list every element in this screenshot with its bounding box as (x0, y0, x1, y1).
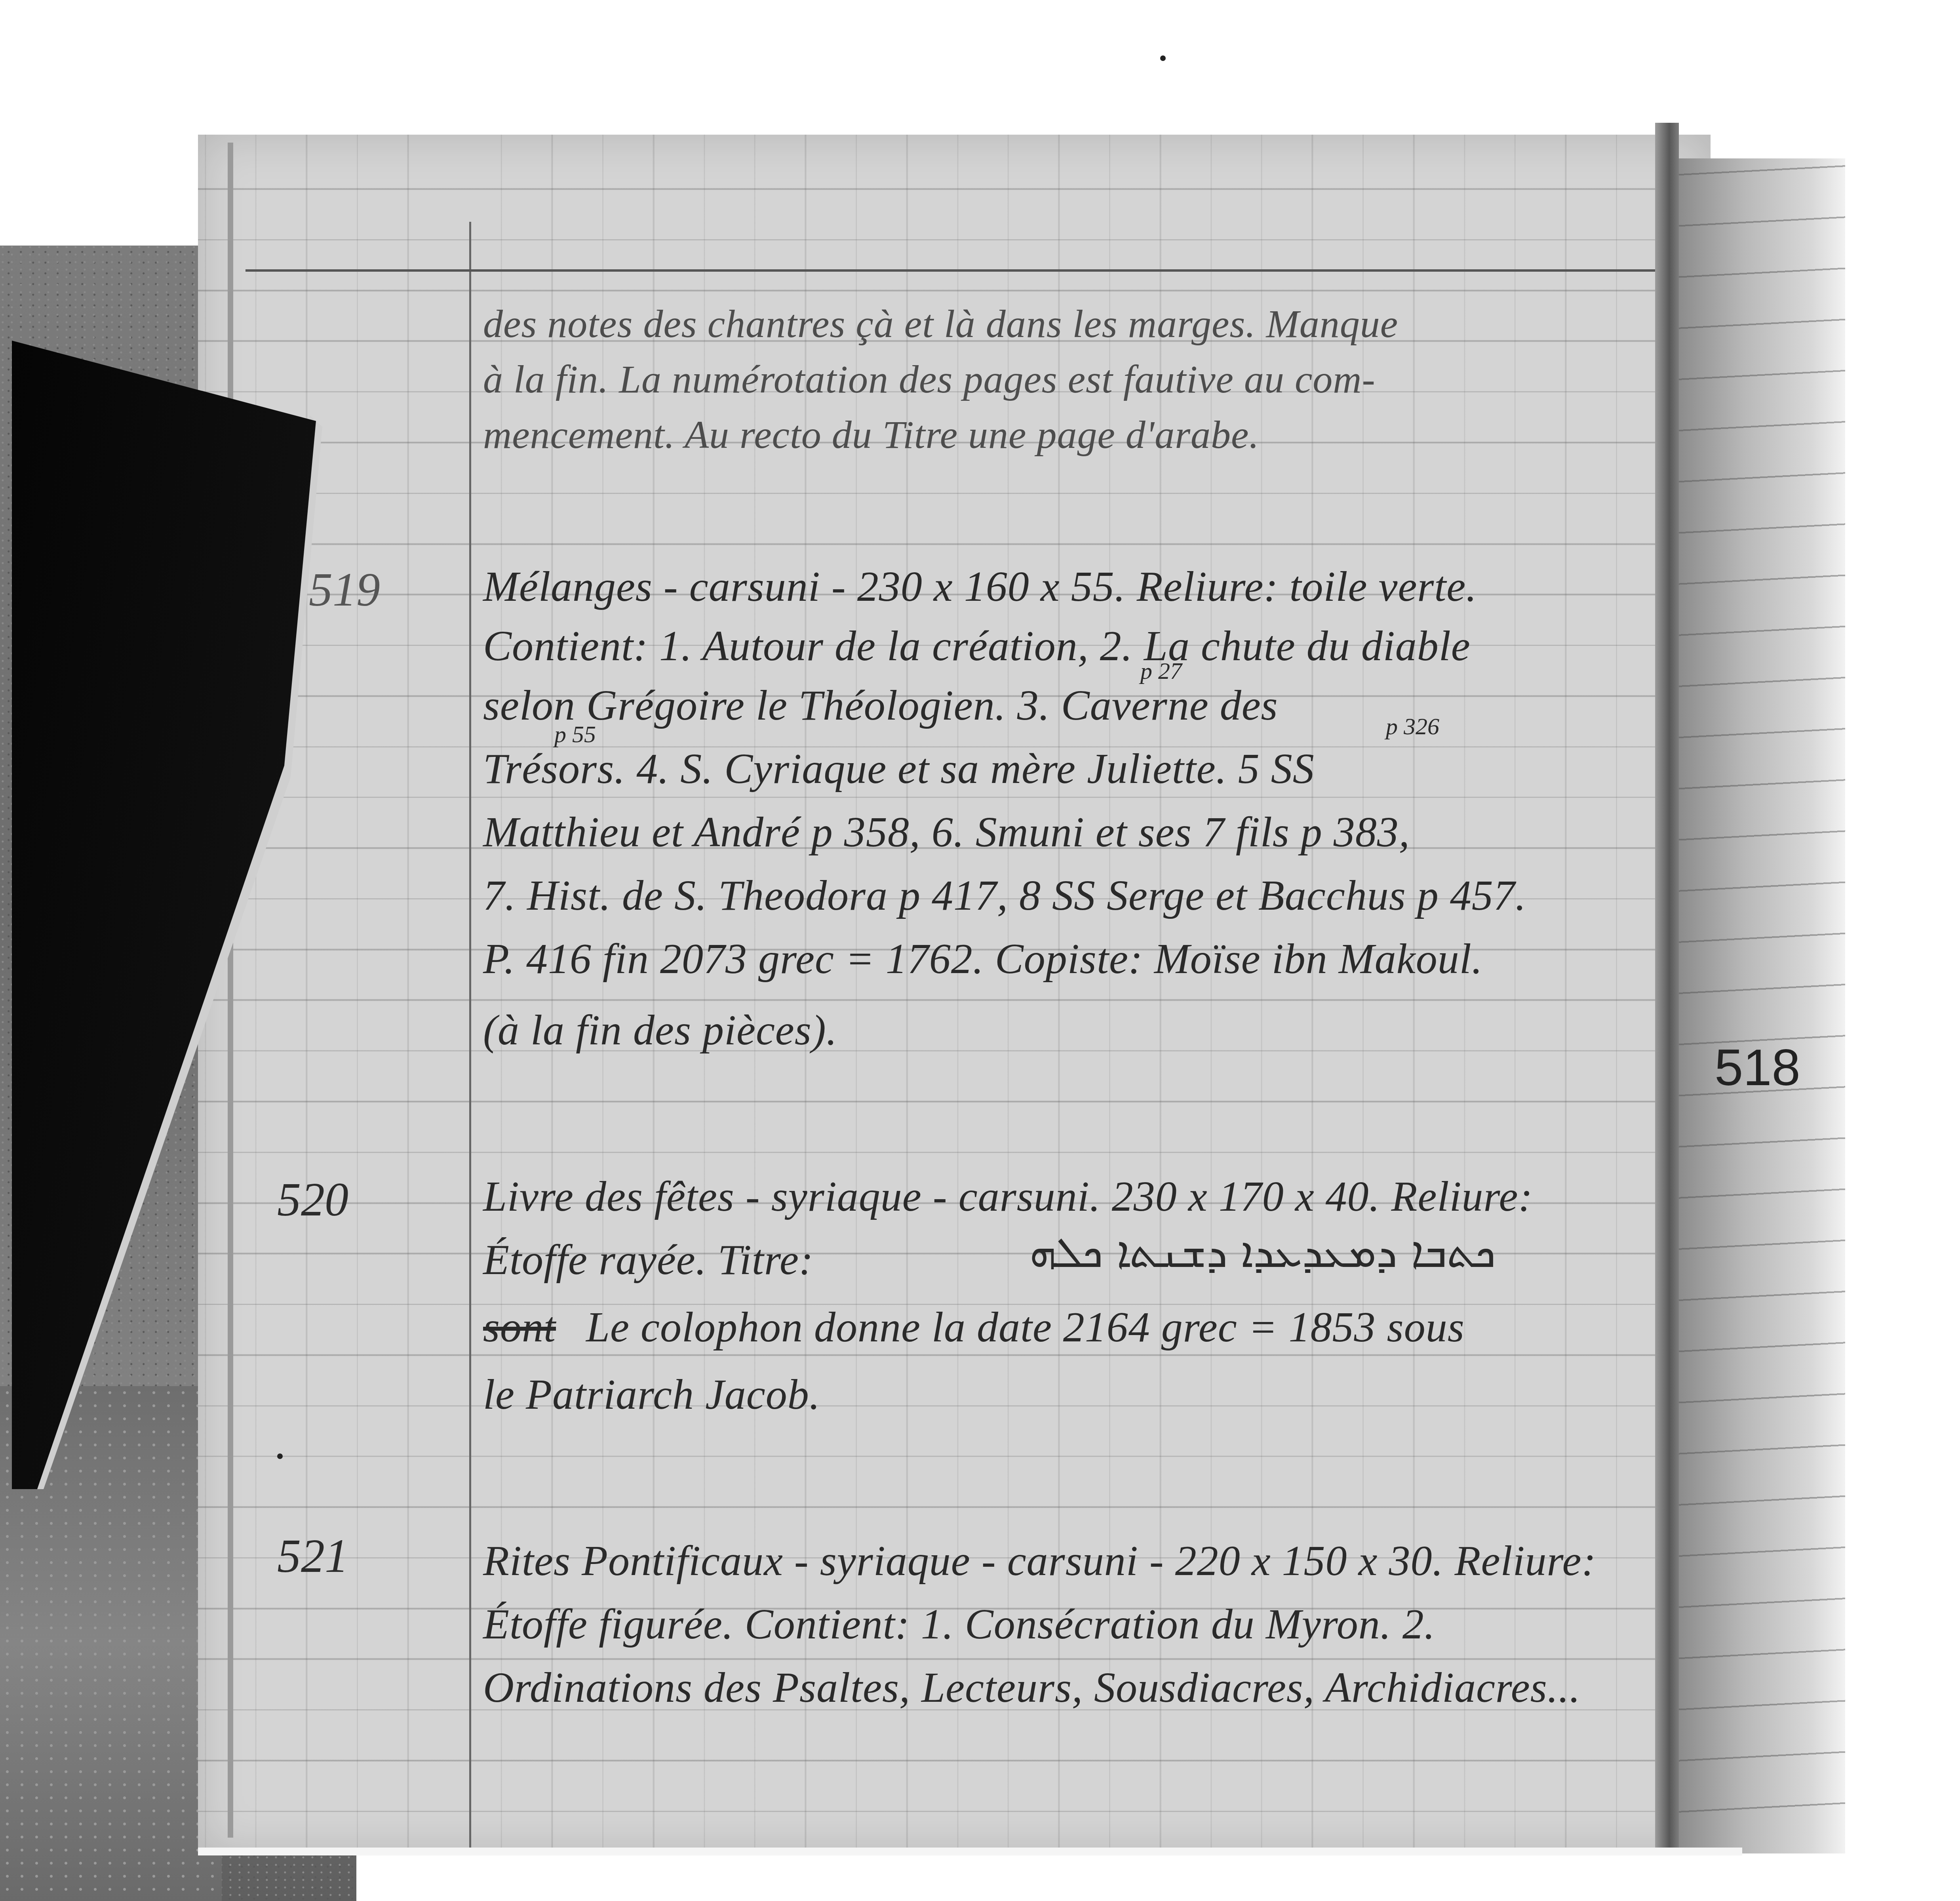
entry-line: Rites Pontificaux - syriaque - carsuni -… (483, 1537, 1596, 1586)
entry-line: Matthieu et André p 358, 6. Smuni et ses… (483, 808, 1410, 857)
entry-line: Contient: 1. Autour de la création, 2. L… (483, 622, 1471, 671)
page-bottom-edge (198, 1848, 1742, 1855)
entry-line: P. 416 fin 2073 grec = 1762. Copiste: Mo… (483, 935, 1483, 984)
page-ref: p 326 (1386, 713, 1439, 740)
entry-number: 519 (309, 562, 380, 617)
page-ref: p 55 (554, 721, 596, 748)
ink-spot (277, 1453, 283, 1459)
margin-rule (469, 222, 471, 1853)
page-binding-line (228, 143, 233, 1838)
entry-line: (à la fin des pièces). (483, 1006, 837, 1055)
entry-line: selon Grégoire le Théologien. 3. Caverne… (483, 681, 1278, 730)
entry-line: Mélanges - carsuni - 230 x 160 x 55. Rel… (483, 562, 1477, 611)
entry-line: Ordinations des Psaltes, Lecteurs, Sousd… (483, 1663, 1581, 1712)
struck-word: sont (483, 1303, 556, 1352)
entry-line: Livre des fêtes - syriaque - carsuni. 23… (483, 1172, 1533, 1221)
header-rule (245, 269, 1703, 272)
adjacent-page (1679, 158, 1845, 1853)
continuation-line: mencement. Au recto du Titre une page d'… (483, 412, 1260, 457)
adjacent-page-number: 518 (1715, 1038, 1800, 1097)
entry-line: Trésors. 4. S. Cyriaque et sa mère Julie… (483, 745, 1315, 794)
page-ref: p 27 (1140, 657, 1182, 685)
entry-line: Le colophon donne la date 2164 grec = 18… (586, 1303, 1465, 1352)
entry-line: le Patriarch Jacob. (483, 1370, 820, 1419)
page-fold-shadow (1655, 123, 1679, 1853)
entry-line: 7. Hist. de S. Theodora p 417, 8 SS Serg… (483, 871, 1526, 920)
entry-number: 520 (277, 1172, 348, 1227)
syriac-title: ܟܬܒܐ ܕܡܥܕܥܕܐ ܕܫܢܬܐ ܟܠܗ (1029, 1228, 1496, 1278)
entry-line: Étoffe rayée. Titre: (483, 1236, 814, 1285)
continuation-line: des notes des chantres çà et là dans les… (483, 301, 1398, 347)
ink-spot (1160, 55, 1166, 61)
continuation-line: à la fin. La numérotation des pages est … (483, 356, 1376, 402)
entry-number: 521 (277, 1529, 348, 1583)
entry-line: Étoffe figurée. Contient: 1. Consécratio… (483, 1600, 1435, 1649)
